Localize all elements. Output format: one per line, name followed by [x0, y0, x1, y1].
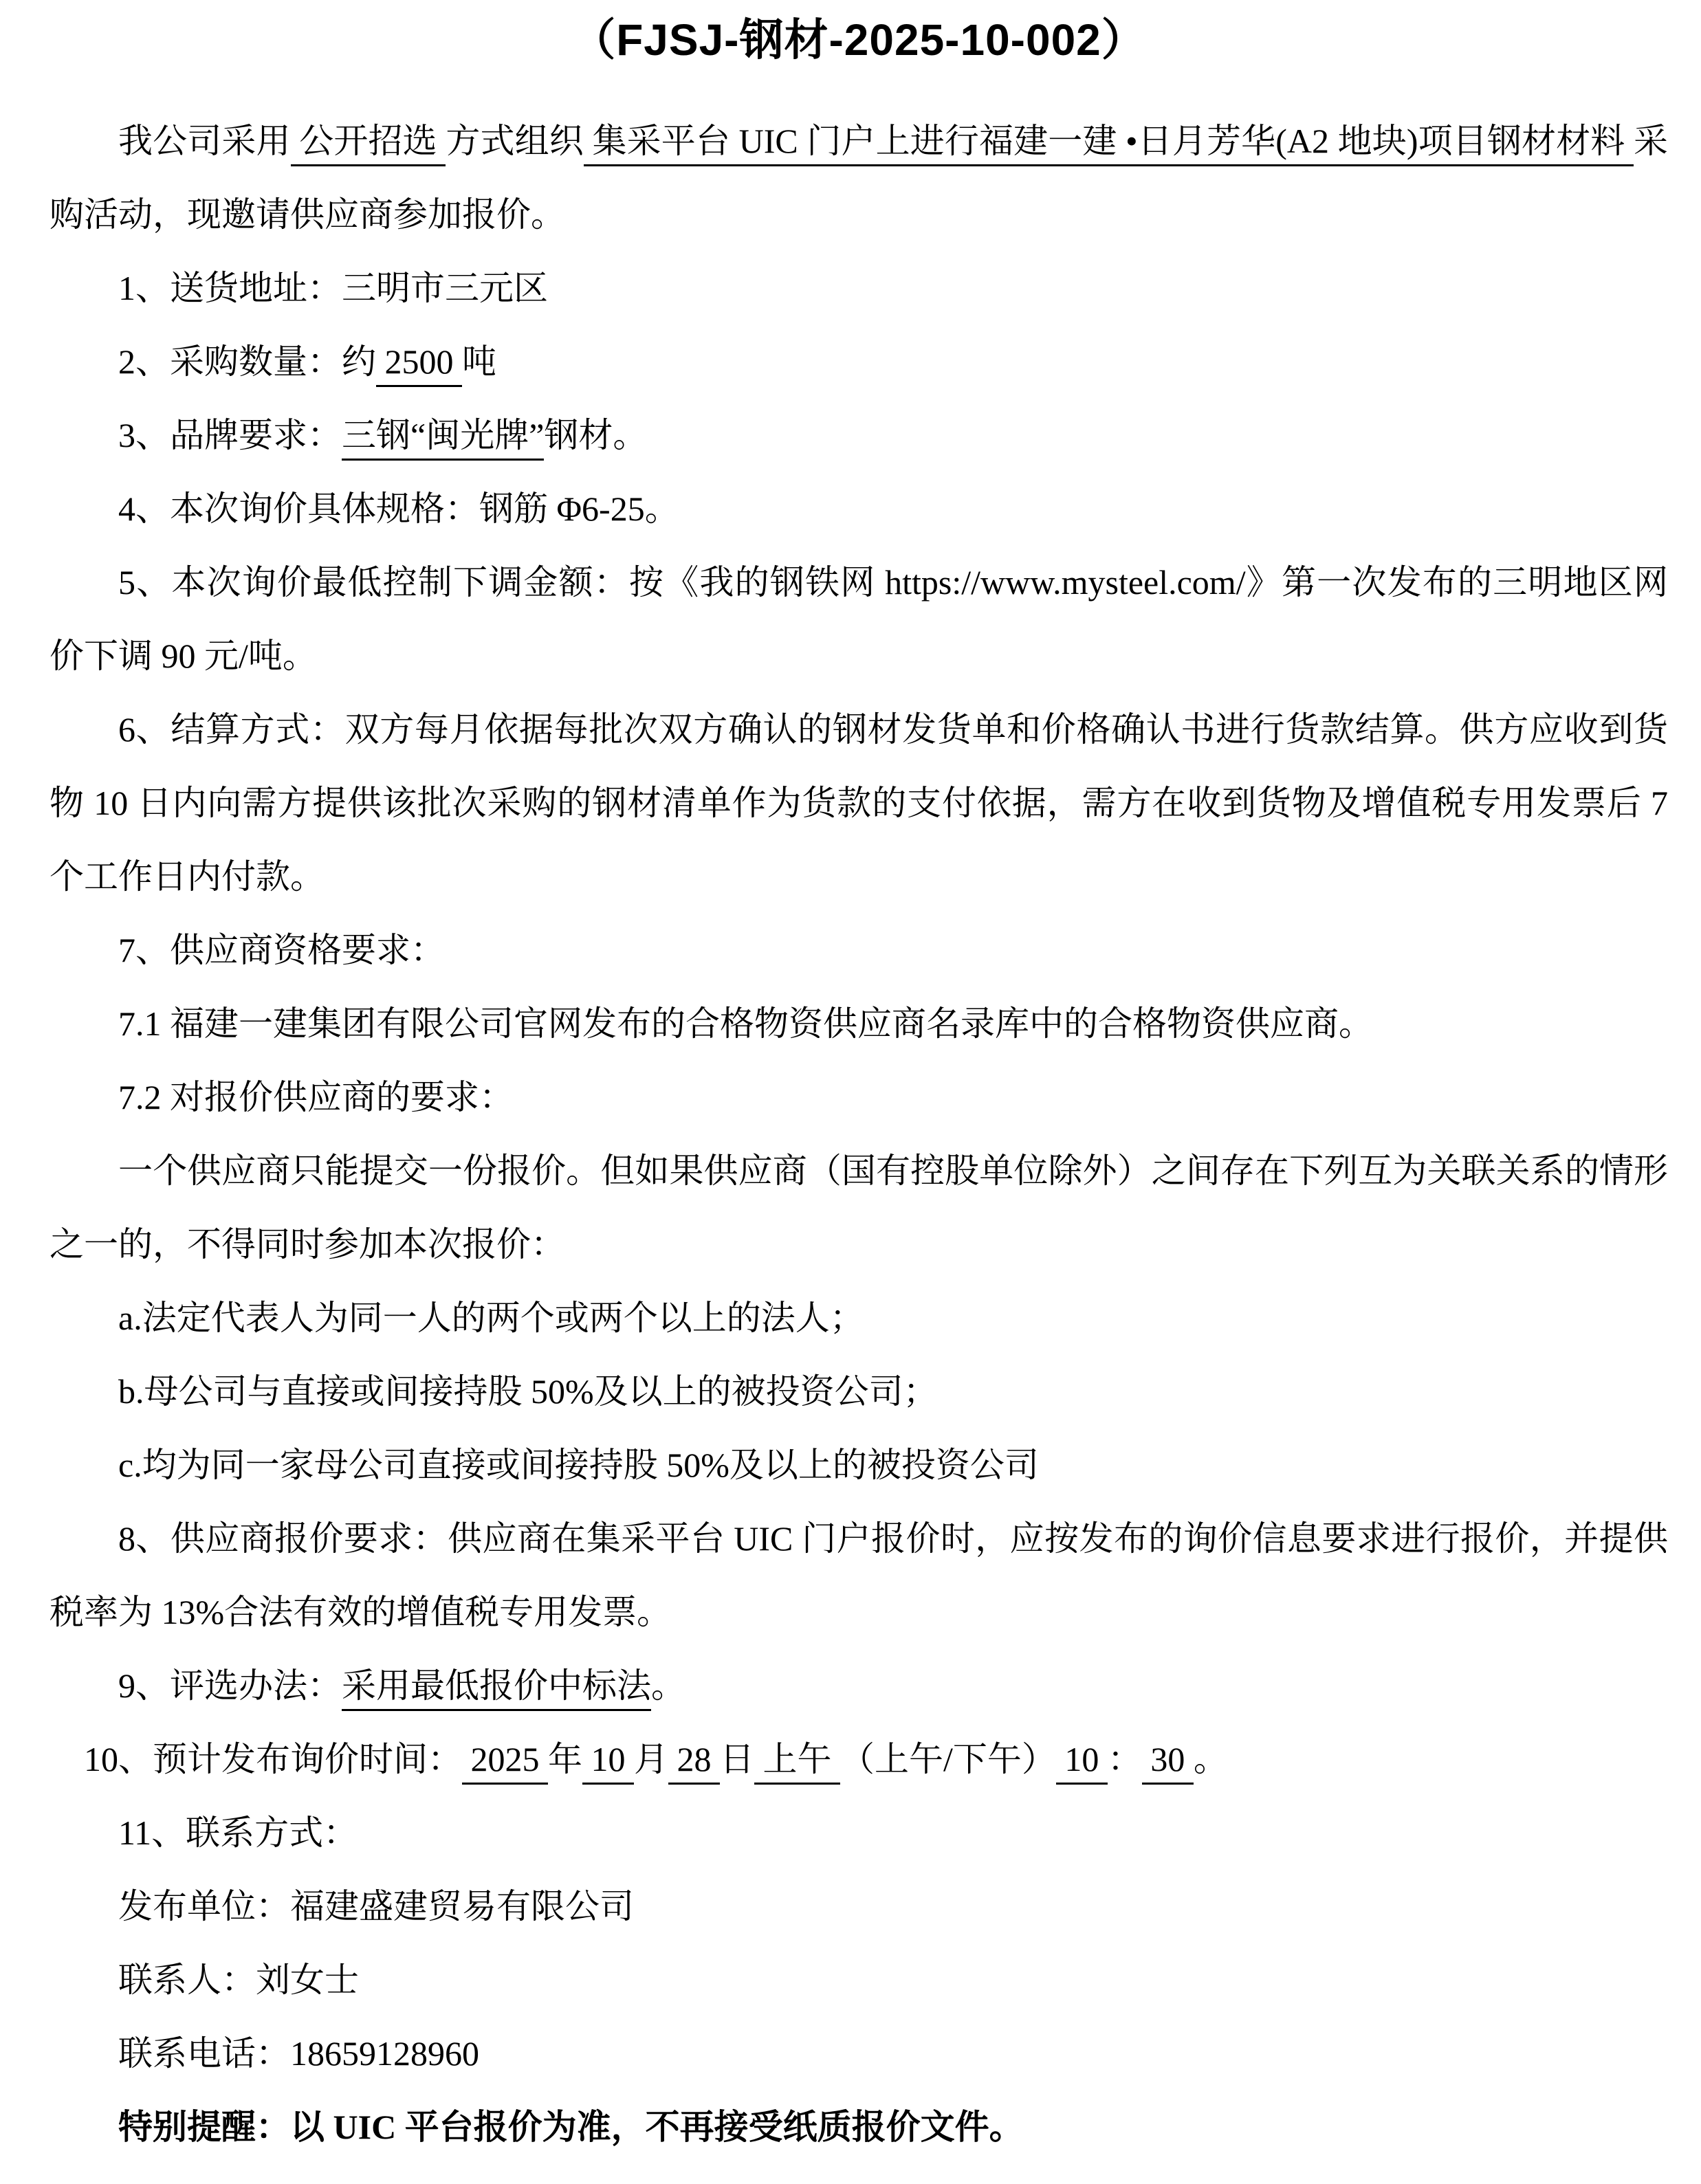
- underline-segment-day: 28: [668, 1740, 720, 1785]
- item-8-quotation-requirements: 8、供应商报价要求：供应商在集采平台 UIC 门户报价时，应按发布的询价信息要求…: [50, 1502, 1668, 1649]
- text-segment: 4、本次询价具体规格：钢筋 Φ6-25。: [118, 489, 679, 528]
- text-segment: 7、供应商资格要求：: [118, 931, 445, 969]
- text-segment: 方式组织: [446, 122, 584, 160]
- text-segment: 10、预计发布询价时间：: [84, 1740, 462, 1778]
- text-segment: 8、供应商报价要求：供应商在集采平台 UIC 门户报价时，应按发布的询价信息要求…: [50, 1519, 1668, 1631]
- text-segment: a.法定代表人为同一人的两个或两个以上的法人；: [118, 1299, 864, 1337]
- item-2-quantity: 2、采购数量：约 2500 吨: [50, 325, 1668, 399]
- item-4-specification: 4、本次询价具体规格：钢筋 Φ6-25。: [50, 472, 1668, 546]
- item-3-brand: 3、品牌要求：三钢“闽光牌”钢材。: [50, 399, 1668, 472]
- underline-segment-project: 集采平台 UIC 门户上进行福建一建 •日月芳华(A2 地块)项目钢材材料: [584, 122, 1634, 166]
- text-segment: 钢材。: [544, 416, 647, 454]
- text-segment: 1、送货地址：三明市三元区: [118, 269, 548, 307]
- item-11-contact-heading: 11、联系方式：: [50, 1796, 1668, 1870]
- text-segment: 11、联系方式：: [118, 1813, 358, 1852]
- contact-phone-line: 联系电话：18659128960: [50, 2017, 1668, 2091]
- item-6-settlement: 6、结算方式：双方每月依据每批次双方确认的钢材发货单和价格确认书进行货款结算。供…: [50, 693, 1668, 914]
- paragraph-intro: 我公司采用 公开招选 方式组织 集采平台 UIC 门户上进行福建一建 •日月芳华…: [50, 104, 1668, 252]
- item-5-price-floor: 5、本次询价最低控制下调金额：按《我的钢铁网 https://www.myste…: [50, 546, 1668, 693]
- text-segment: 9、评选办法：: [118, 1666, 342, 1705]
- item-a-legal-representative: a.法定代表人为同一人的两个或两个以上的法人；: [50, 1281, 1668, 1355]
- text-segment: （上午/下午）: [840, 1740, 1056, 1778]
- item-b-parent-company: b.母公司与直接或间接持股 50%及以上的被投资公司；: [50, 1355, 1668, 1429]
- item-7-qualification-heading: 7、供应商资格要求：: [50, 914, 1668, 987]
- item-7-2-bidder-requirements: 7.2 对报价供应商的要求：: [50, 1061, 1668, 1134]
- underline-segment-minute: 30: [1142, 1740, 1194, 1785]
- text-segment: ：: [1108, 1740, 1142, 1778]
- text-segment: 7.2 对报价供应商的要求：: [118, 1078, 514, 1116]
- underline-segment-method: 公开招选: [291, 122, 446, 166]
- text-segment: 。: [1194, 1740, 1228, 1778]
- underline-segment-quantity-value: 2500: [376, 342, 462, 387]
- underline-segment-ampm: 上午: [754, 1740, 840, 1785]
- publisher-line: 发布单位：福建盛建贸易有限公司: [50, 1870, 1668, 1943]
- special-reminder-line: 特别提醒：以 UIC 平台报价为准，不再接受纸质报价文件。: [50, 2091, 1668, 2164]
- underline-segment-hour: 10: [1056, 1740, 1108, 1785]
- text-segment: 月: [634, 1740, 668, 1778]
- text-segment: 5、本次询价最低控制下调金额：按《我的钢铁网 https://www.myste…: [50, 563, 1668, 675]
- text-segment: c.均为同一家母公司直接或间接持股 50%及以上的被投资公司: [118, 1446, 1039, 1484]
- paragraph-relationship-rule: 一个供应商只能提交一份报价。但如果供应商（国有控股单位除外）之间存在下列互为关联…: [50, 1134, 1668, 1281]
- text-segment: 吨: [462, 342, 496, 381]
- document-title: （FJSJ-钢材-2025-10-002）: [50, 7, 1668, 73]
- text-segment: 年: [548, 1740, 582, 1778]
- text-segment: 2、采购数量：约: [118, 342, 376, 381]
- item-9-evaluation-method: 9、评选办法：采用最低报价中标法。: [50, 1649, 1668, 1723]
- underline-segment-month: 10: [582, 1740, 634, 1785]
- text-segment: 联系电话：18659128960: [118, 2034, 479, 2073]
- text-segment: 发布单位：福建盛建贸易有限公司: [118, 1887, 634, 1926]
- item-1-delivery-address: 1、送货地址：三明市三元区: [50, 252, 1668, 325]
- contact-person-line: 联系人：刘女士: [50, 1943, 1668, 2017]
- text-segment: b.母公司与直接或间接持股 50%及以上的被投资公司；: [118, 1372, 938, 1411]
- underline-segment-year: 2025: [462, 1740, 548, 1785]
- item-10-publish-time: 10、预计发布询价时间： 2025 年 10 月 28 日 上午 （上午/下午）…: [50, 1723, 1668, 1796]
- item-7-1-qualified-suppliers: 7.1 福建一建集团有限公司官网发布的合格物资供应商名录库中的合格物资供应商。: [50, 987, 1668, 1061]
- underline-segment-brand-value: 三钢“闽光牌”: [342, 416, 544, 461]
- item-c-same-parent: c.均为同一家母公司直接或间接持股 50%及以上的被投资公司: [50, 1429, 1668, 1502]
- text-segment: 日: [720, 1740, 754, 1778]
- text-segment: 一个供应商只能提交一份报价。但如果供应商（国有控股单位除外）之间存在下列互为关联…: [50, 1151, 1668, 1264]
- text-segment: 联系人：刘女士: [118, 1961, 359, 1999]
- underline-segment-evaluation-value: 采用最低报价中标法: [342, 1666, 651, 1711]
- text-segment: 6、结算方式：双方每月依据每批次双方确认的钢材发货单和价格确认书进行货款结算。供…: [50, 710, 1668, 896]
- text-segment: 3、品牌要求：: [118, 416, 342, 454]
- text-segment: 7.1 福建一建集团有限公司官网发布的合格物资供应商名录库中的合格物资供应商。: [118, 1004, 1373, 1043]
- text-segment: 特别提醒：以 UIC 平台报价为准，不再接受纸质报价文件。: [118, 2108, 1024, 2146]
- document-page: （FJSJ-钢材-2025-10-002） 我公司采用 公开招选 方式组织 集采…: [0, 0, 1701, 2184]
- text-segment: 。: [651, 1666, 685, 1705]
- text-segment: 我公司采用: [118, 122, 291, 160]
